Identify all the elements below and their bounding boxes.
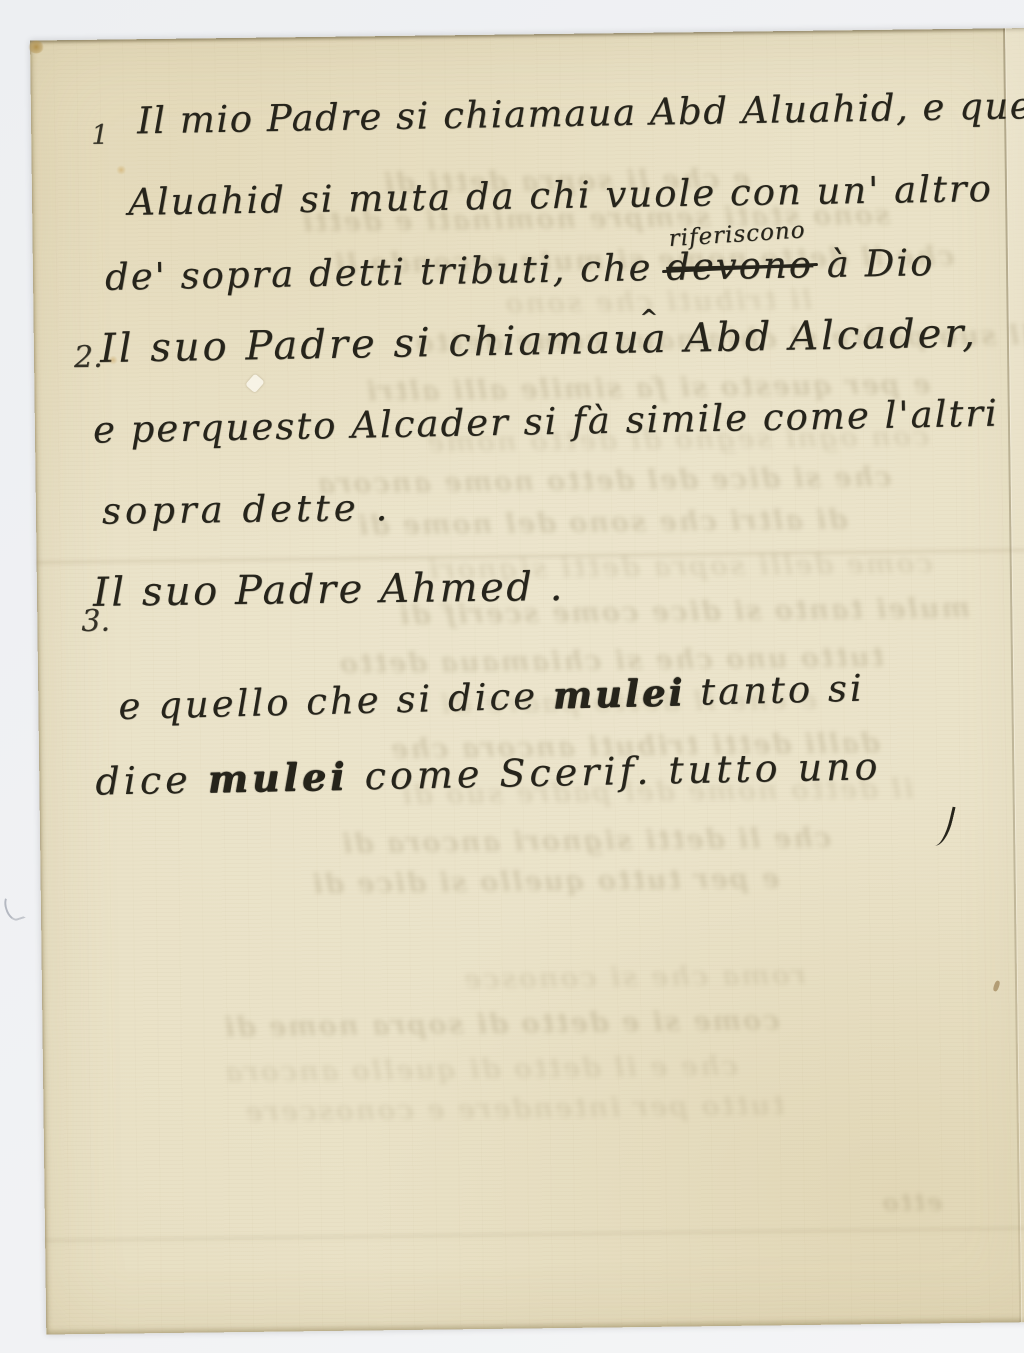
horizontal-crease	[45, 1226, 1024, 1243]
overwritten-word-mulei: mulei	[207, 754, 349, 802]
bleedthrough-line: che e il detto di quello ancora	[223, 1051, 738, 1088]
corner-stain	[28, 40, 44, 53]
manuscript-line-8: e quello che si dice mulei tanto si	[118, 666, 865, 728]
line8-text: tanto si	[685, 667, 865, 714]
manuscript-line-3: de' sopra detti tributi, che devono à Di…	[105, 241, 935, 299]
line9-text: dice	[95, 757, 208, 803]
line3-text: à Dio	[813, 241, 935, 286]
foxing-spot	[116, 165, 127, 174]
stray-ink-stroke	[933, 804, 955, 848]
bleedthrough-line: tutto per intendere e conoscere	[243, 1090, 784, 1128]
manuscript-line-7: Il suo Padre Ahmed .	[93, 564, 565, 616]
overwritten-word-mulei: mulei	[552, 670, 686, 717]
bleedthrough-line: come si e detto di sopra nome di	[222, 1005, 779, 1043]
manuscript-line-5: e perquesto Alcader si fà simile come l'…	[93, 392, 1000, 452]
scan-surface: e che li sopra detti di sono stati sempr…	[0, 0, 1024, 1353]
bleedthrough-line: che si dice del detto nome ancora	[315, 462, 891, 500]
manuscript-page: e che li sopra detti di sono stati sempr…	[30, 28, 1024, 1334]
bleedthrough-line: che li detti signori ancora di	[340, 823, 831, 860]
bleedthrough-line: di altri che sono del nome di	[356, 504, 848, 541]
bleedthrough-line: roma che si conosce	[462, 960, 806, 995]
bleedthrough-line: etto	[881, 1187, 943, 1217]
name-ahmed: Ahmed .	[380, 564, 565, 612]
line9-text: come Scerif. tutto uno	[348, 744, 882, 798]
horizontal-crease	[37, 548, 1024, 565]
manuscript-line-1: Il mio Padre si chiamaua Abd Aluahid, e …	[137, 83, 1024, 142]
paper-flaw-spot	[245, 373, 265, 393]
line7-text: Il suo Padre	[93, 566, 381, 616]
pencil-squiggle	[1, 891, 26, 923]
fold-strip	[1005, 28, 1024, 1322]
manuscript-line-9: dice mulei come Scerif. tutto uno	[95, 743, 882, 803]
list-number-1: 1	[91, 120, 109, 151]
manuscript-line-2: Aluahid si muta da chi vuole con un' alt…	[128, 167, 993, 224]
fiber-fleck	[992, 980, 1000, 992]
manuscript-line-4: Il suo Padre si chiamaua Abd Alcader,	[100, 310, 979, 372]
line3-text: de' sopra detti tributi, che	[105, 246, 667, 299]
manuscript-line-6: sopra dette .	[102, 486, 392, 533]
bleedthrough-line: e per tutto quello si dice di	[311, 863, 780, 900]
line8-text: e quello che si dice	[118, 674, 553, 728]
list-number-2: 2.	[74, 340, 103, 375]
